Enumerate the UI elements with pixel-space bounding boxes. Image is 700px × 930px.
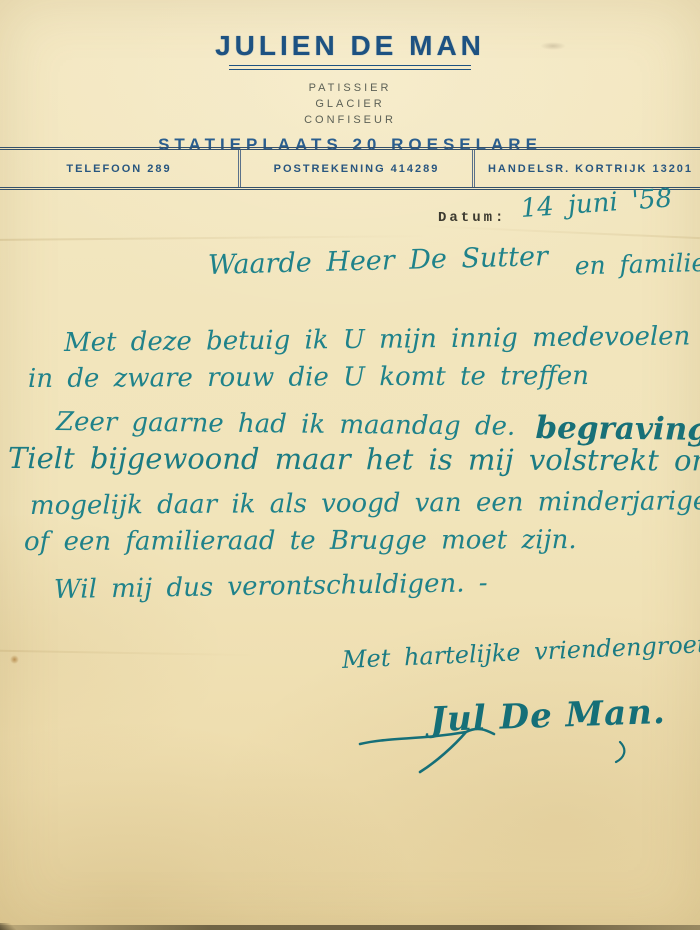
paper-crease [0, 235, 430, 241]
closing-line: Met hartelijke vriendengroeten [341, 629, 700, 674]
excuse-line: Wil mij dus verontschuldigen. - [54, 568, 488, 605]
scan-corner-shadow [0, 923, 16, 930]
letterhead-role-confiseur: CONFISEUR [0, 112, 700, 128]
paper-crease [0, 650, 260, 657]
letterhead-name: JULIEN DE MAN [0, 0, 700, 62]
letterhead-roles: PATISSIER GLACIER CONFISEUR [0, 80, 700, 128]
info-cell-postrekening: POSTREKENING 414289 [238, 150, 472, 187]
scan-edge-shadow [0, 925, 700, 930]
signature-name: Jul De Man. [429, 692, 666, 740]
letterhead-underline [229, 65, 471, 70]
body-line-1: Met deze betuig ik U mijn innig medevoel… [64, 321, 691, 358]
body-line-5: mogelijk daar ik als voogd van een minde… [30, 486, 700, 521]
salutation-text: Waarde Heer De Sutter [208, 241, 549, 281]
date-label: Datum: [438, 210, 506, 226]
letterhead-role-glacier: GLACIER [0, 96, 700, 112]
date-row: Datum: 14 juni '58 [438, 198, 673, 228]
salutation-line: Waarde Heer De Sutter en familie [208, 237, 700, 281]
letterhead-role-patissier: PATISSIER [0, 80, 700, 96]
info-cell-telefoon: TELEFOON 289 [0, 150, 238, 187]
smudge-mark [540, 42, 566, 50]
salutation-suffix: en familie [574, 248, 700, 280]
body-line-3-start: Zeer gaarne had ik maandag de. [56, 407, 516, 442]
scanned-letter: JULIEN DE MAN PATISSIER GLACIER CONFISEU… [0, 0, 700, 930]
letterhead-info-bar: TELEFOON 289 POSTREKENING 414289 HANDELS… [0, 147, 700, 190]
body-line-3: Zeer gaarne had ik maandag de. begraving… [56, 402, 700, 445]
signature-block: Jul De Man. [358, 690, 678, 780]
info-cell-handelsregister: HANDELSR. KORTRIJK 13201 [472, 150, 700, 187]
body-line-4: Tielt bijgewoond maar het is mij volstre… [8, 441, 700, 477]
body-line-6: of een familieraad te Brugge moet zijn. [24, 525, 577, 557]
foxing-spot [10, 655, 19, 664]
body-line-2: in de zware rouw die U komt te treffen [28, 361, 589, 394]
